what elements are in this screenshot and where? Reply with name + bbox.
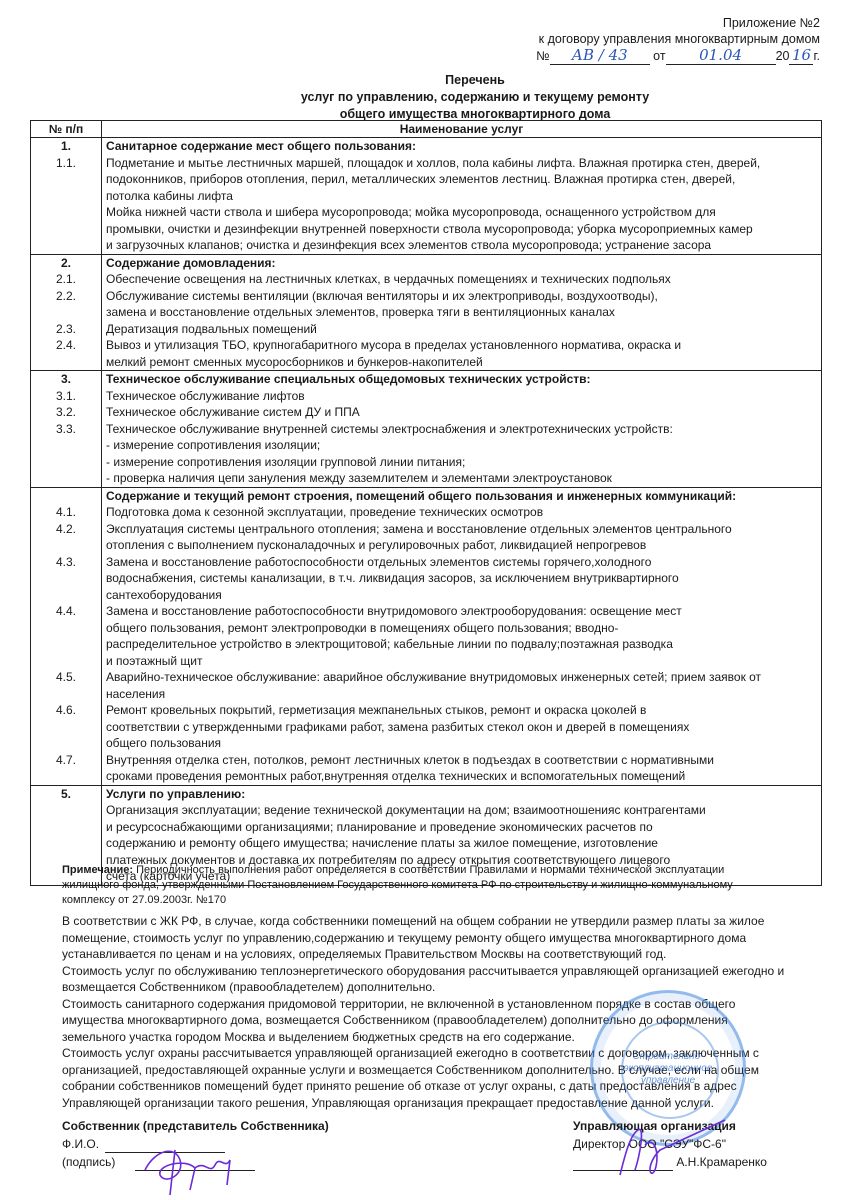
title-line-1: Перечень [250,72,700,89]
section-number: 3. [31,371,101,388]
appendix-label: Приложение №2 [536,15,820,31]
item-text-line: Подготовка дома к сезонной эксплуатации,… [106,504,821,521]
director-signature-icon [600,1115,730,1185]
item-number: 4.6. [31,702,101,719]
number-prefix: № [536,49,549,63]
item-text-line: мелкий ремонт сменных мусоросборников и … [106,354,821,371]
item-number: 4.2. [31,521,101,538]
item-text-line: Вывоз и утилизация ТБО, крупногабаритног… [106,337,821,354]
item-text-line: - измерение сопротивления изоляции групп… [106,454,821,471]
item-text-line: соответствии с утвержденными графиками р… [106,719,821,736]
item-text-line: распределительное устройство в электрощи… [106,636,821,653]
item-number: 2.2. [31,288,101,305]
item-text-line: Аварийно-техническое обслуживание: авари… [106,669,821,686]
item-text-line: общего пользования, ремонт электропровод… [106,620,821,637]
section-title: Санитарное содержание мест общего пользо… [106,138,821,155]
table-section-row: 3.3.1.3.2.3.3. Техническое обслуживание … [31,371,822,488]
date-prefix: от [653,49,665,63]
table-header-row: № п/п Наименование услуг [31,121,822,138]
handwritten-number: АВ / 43 [572,46,628,64]
item-text-line: замена и восстановление отдельных элемен… [106,304,821,321]
item-text-line: Эксплуатация системы центрального отопле… [106,521,821,538]
item-number: 3.2. [31,404,101,421]
document-title: Перечень услуг по управлению, содержанию… [250,72,700,123]
item-text-line: сроками проведения ремонтных работ,внутр… [106,768,821,785]
section-number-cell: 4.1.4.2. 4.3. 4.4. 4.5. 4.6. 4.7. [31,487,102,785]
section-text-cell: Содержание домовладения:Обеспечение осве… [102,254,822,371]
item-text-line: - проверка наличия цепи зануления между … [106,470,821,487]
signature-label: (подпись) [62,1155,115,1169]
table-section-row: 1.1.1. Санитарное содержание мест общего… [31,138,822,255]
title-line-2: услуг по управлению, содержанию и текуще… [250,89,700,106]
handwritten-date: 01.04 [699,46,742,64]
item-text-line: отопления с выполнением пусконаладочных … [106,537,821,554]
section-text-cell: Содержание и текущий ремонт строения, по… [102,487,822,785]
item-text-line: сантехоборудования [106,587,821,604]
item-text-line: подоконников, приборов отопления, перил,… [106,171,821,188]
item-text-line: и поэтажный щит [106,653,821,670]
item-text-line: потолка кабины лифта [106,188,821,205]
section-number-cell: 2.2.1.2.2. 2.3.2.4. [31,254,102,371]
section-text-cell: Техническое обслуживание специальных общ… [102,371,822,488]
item-text-line: Подметание и мытье лестничных маршей, пл… [106,155,821,172]
item-text-line: Техническое обслуживание внутренней сист… [106,421,821,438]
section-number: 1. [31,138,101,155]
section-number: 5. [31,786,101,803]
note-label: Примечание: [62,864,133,876]
document-page: Приложение №2 к договору управления мног… [0,0,849,1200]
item-text-line: Техническое обслуживание лифтов [106,388,821,405]
item-text-line: Обеспечение освещения на лестничных клет… [106,271,821,288]
section-title: Техническое обслуживание специальных общ… [106,371,821,388]
item-text-line: содержанию и ремонту общего имущества; н… [106,835,821,852]
item-number [31,802,101,819]
section-number-cell: 3.3.1.3.2.3.3. [31,371,102,488]
services-table: № п/п Наименование услуг 1.1.1. Санитарн… [30,120,822,886]
section-title: Услуги по управлению: [106,786,821,803]
section-number [31,488,101,505]
item-number: 3.1. [31,388,101,405]
item-number: 2.4. [31,337,101,354]
handwritten-year: 16 [792,46,811,64]
table-section-row: 2.2.1.2.2. 2.3.2.4. Содержание домовладе… [31,254,822,371]
contract-line: к договору управления многоквартирным до… [536,31,820,47]
note-text: Периодичность выполнения работ определяе… [62,864,733,906]
item-text-line: промывки, очистки и дезинфекции внутренн… [106,221,821,238]
item-text-line: общего пользования [106,735,821,752]
item-text-line: и ресурсоснабжающими организациями; план… [106,819,821,836]
item-text-line: населения [106,686,821,703]
paragraph-tariffs: В соответствии с ЖК РФ, в случае, когда … [62,913,787,963]
stamp-text: Строительно-эксплуатационное управление [605,1051,731,1087]
section-number: 2. [31,255,101,272]
year-prefix: 20 [776,49,790,63]
item-text-line: и загрузочных клапанов; очистка и дезинф… [106,237,821,254]
section-title: Содержание домовладения: [106,255,821,272]
item-number: 4.3. [31,554,101,571]
item-text-line: Дератизация подвальных помещений [106,321,821,338]
fio-label: Ф.И.О. [62,1137,99,1151]
item-text-line: Ремонт кровельных покрытий, герметизация… [106,702,821,719]
header-number: № п/п [31,121,102,138]
item-number: 4.4. [31,603,101,620]
contract-year-field: 16 [789,47,813,65]
item-text-line: Мойка нижней части ствола и шибера мусор… [106,204,821,221]
item-text-line: Техническое обслуживание систем ДУ и ППА [106,404,821,421]
year-suffix: г. [813,49,820,63]
note: Примечание: Периодичность выполнения раб… [62,863,782,908]
item-text-line: Организация эксплуатации; ведение технич… [106,802,821,819]
owner-heading: Собственник (представитель Собственника) [62,1117,329,1135]
item-number: 4.5. [31,669,101,686]
item-text-line: Обслуживание системы вентиляции (включая… [106,288,821,305]
contract-number-line: №АВ / 43 от01.042016г. [536,47,820,65]
section-text-cell: Санитарное содержание мест общего пользо… [102,138,822,255]
appendix-header: Приложение №2 к договору управления мног… [536,15,820,65]
table-section-row: 4.1.4.2. 4.3. 4.4. 4.5. 4.6. 4.7. Содерж… [31,487,822,785]
item-text-line: - измерение сопротивления изоляции; [106,437,821,454]
section-title: Содержание и текущий ремонт строения, по… [106,488,821,505]
owner-signature-icon [135,1140,255,1200]
contract-date-field: 01.04 [666,47,776,65]
item-number: 2.1. [31,271,101,288]
item-number: 3.3. [31,421,101,438]
section-number-cell: 1.1.1. [31,138,102,255]
item-text-line: Замена и восстановление работоспособност… [106,554,821,571]
contract-number-field: АВ / 43 [550,47,650,65]
item-number: 4.1. [31,504,101,521]
item-number: 2.3. [31,321,101,338]
item-text-line: водоснабжения, системы канализации, в т.… [106,570,821,587]
header-service-name: Наименование услуг [102,121,822,138]
item-text-line: Замена и восстановление работоспособност… [106,603,821,620]
item-number: 4.7. [31,752,101,769]
item-text-line: Внутренняя отделка стен, потолков, ремон… [106,752,821,769]
item-number: 1.1. [31,155,101,172]
